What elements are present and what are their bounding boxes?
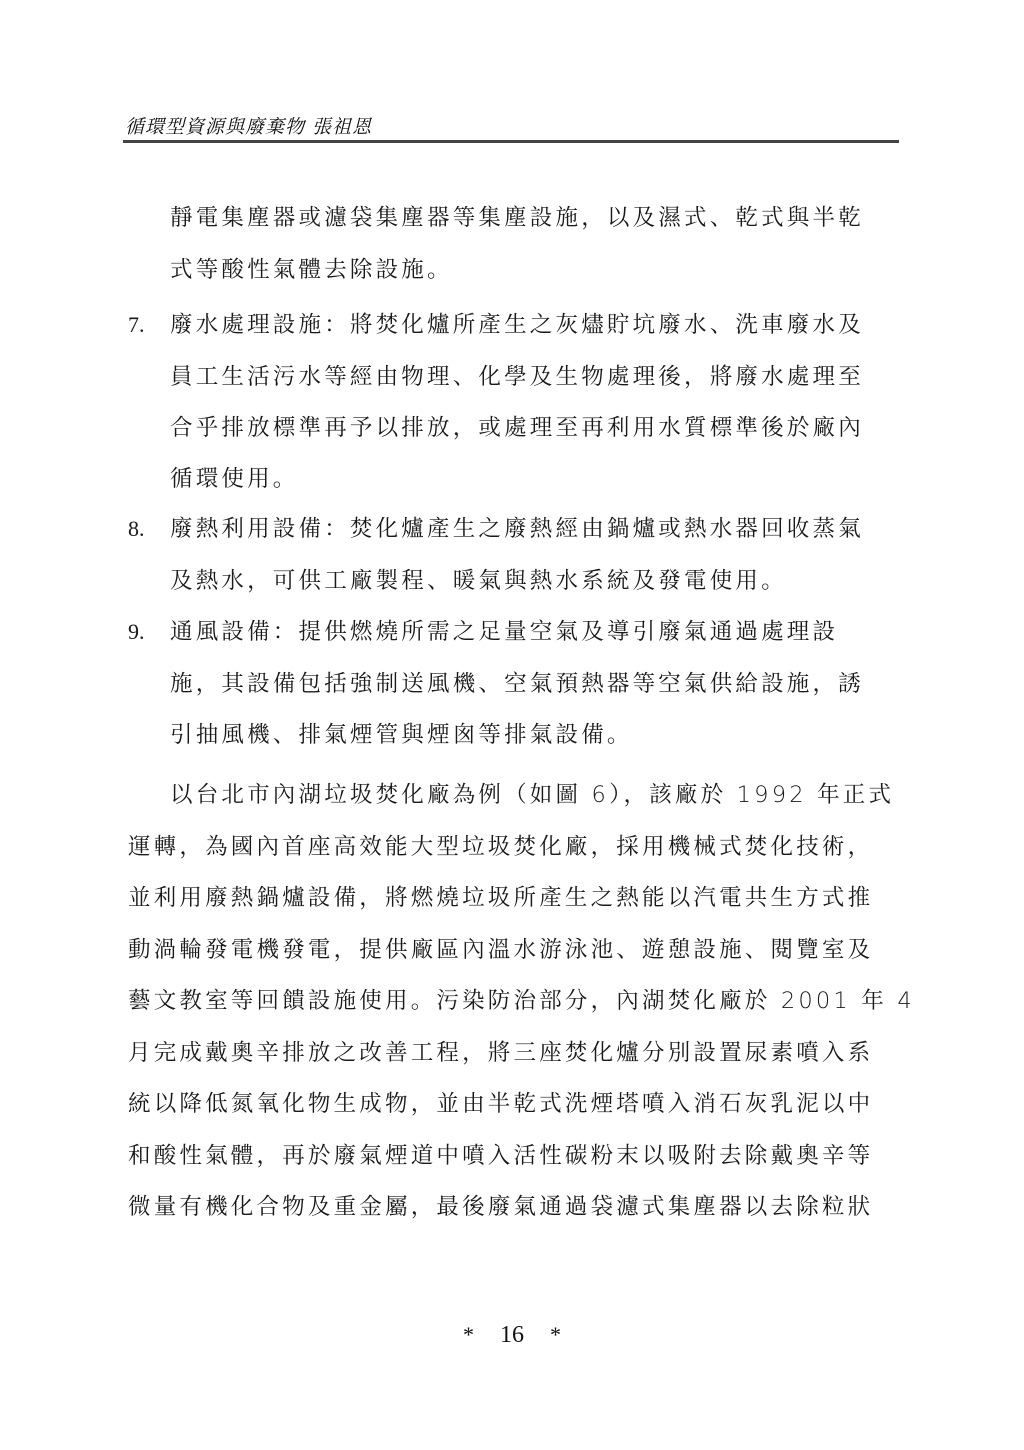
list-item-line: 及熱水，可供工廠製程、暖氣與熱水系統及發電使用。 <box>170 566 787 596</box>
running-header: 循環型資源與廢棄物 張祖恩 <box>123 108 899 143</box>
list-item-line: 合乎排放標準再予以排放，或處理至再利用水質標準後於廠內 <box>170 413 864 443</box>
paragraph-line: 運轉，為國內首座高效能大型垃圾焚化廠，採用機械式焚化技術， <box>128 832 873 862</box>
continuation-line: 靜電集塵器或濾袋集塵器等集塵設施，以及濕式、乾式與半乾 <box>170 203 864 233</box>
list-item-line: 引抽風機、排氣煙管與煙囪等排氣設備。 <box>170 720 633 750</box>
header-title: 循環型資源與廢棄物 張祖恩 <box>125 112 372 139</box>
paragraph-line: 統以降低氮氧化物生成物，並由半乾式洗煙塔噴入消石灰乳泥以中 <box>128 1089 873 1119</box>
list-item-line: 廢水處理設施：將焚化爐所產生之灰燼貯坑廢水、洗車廢水及 <box>170 310 864 340</box>
paragraph-line: 並利用廢熱鍋爐設備，將燃燒垃圾所產生之熱能以汽電共生方式推 <box>128 883 873 913</box>
list-number: 7. <box>128 310 145 340</box>
continuation-line: 式等酸性氣體去除設施。 <box>170 255 453 285</box>
paragraph-line: 微量有機化合物及重金屬，最後廢氣通過袋濾式集塵器以去除粒狀 <box>128 1192 873 1222</box>
page-number: 16 <box>500 1322 524 1348</box>
list-item-line: 循環使用。 <box>170 464 299 494</box>
list-number: 8. <box>128 514 145 544</box>
paragraph-line: 和酸性氣體，再於廢氣煙道中噴入活性碳粉末以吸附去除戴奧辛等 <box>128 1141 873 1171</box>
list-item-line: 施，其設備包括強制送風機、空氣預熱器等空氣供給設施，誘 <box>170 669 864 699</box>
paragraph-line: 動渦輪發電機發電，提供廠區內溫水游泳池、遊憩設施、閱覽室及 <box>128 935 873 965</box>
asterisk-left: * <box>463 1322 474 1348</box>
paragraph-line: 藝文教室等回饋設施使用。污染防治部分，內湖焚化廠於 2001 年 4 <box>128 986 915 1016</box>
page-footer: *16* <box>0 1322 1024 1349</box>
asterisk-right: * <box>550 1322 561 1348</box>
list-item-line: 廢熱利用設備：焚化爐產生之廢熱經由鍋爐或熱水器回收蒸氣 <box>170 514 864 544</box>
paragraph-line: 以台北市內湖垃圾焚化廠為例（如圖 6），該廠於 1992 年正式 <box>170 780 894 810</box>
paragraph-line: 月完成戴奧辛排放之改善工程，將三座焚化爐分別設置尿素噴入系 <box>128 1038 873 1068</box>
list-item-line: 員工生活污水等經由物理、化學及生物處理後，將廢水處理至 <box>170 362 864 392</box>
list-item-line: 通風設備：提供燃燒所需之足量空氣及導引廢氣通過處理設 <box>170 617 838 647</box>
list-number: 9. <box>128 617 145 647</box>
